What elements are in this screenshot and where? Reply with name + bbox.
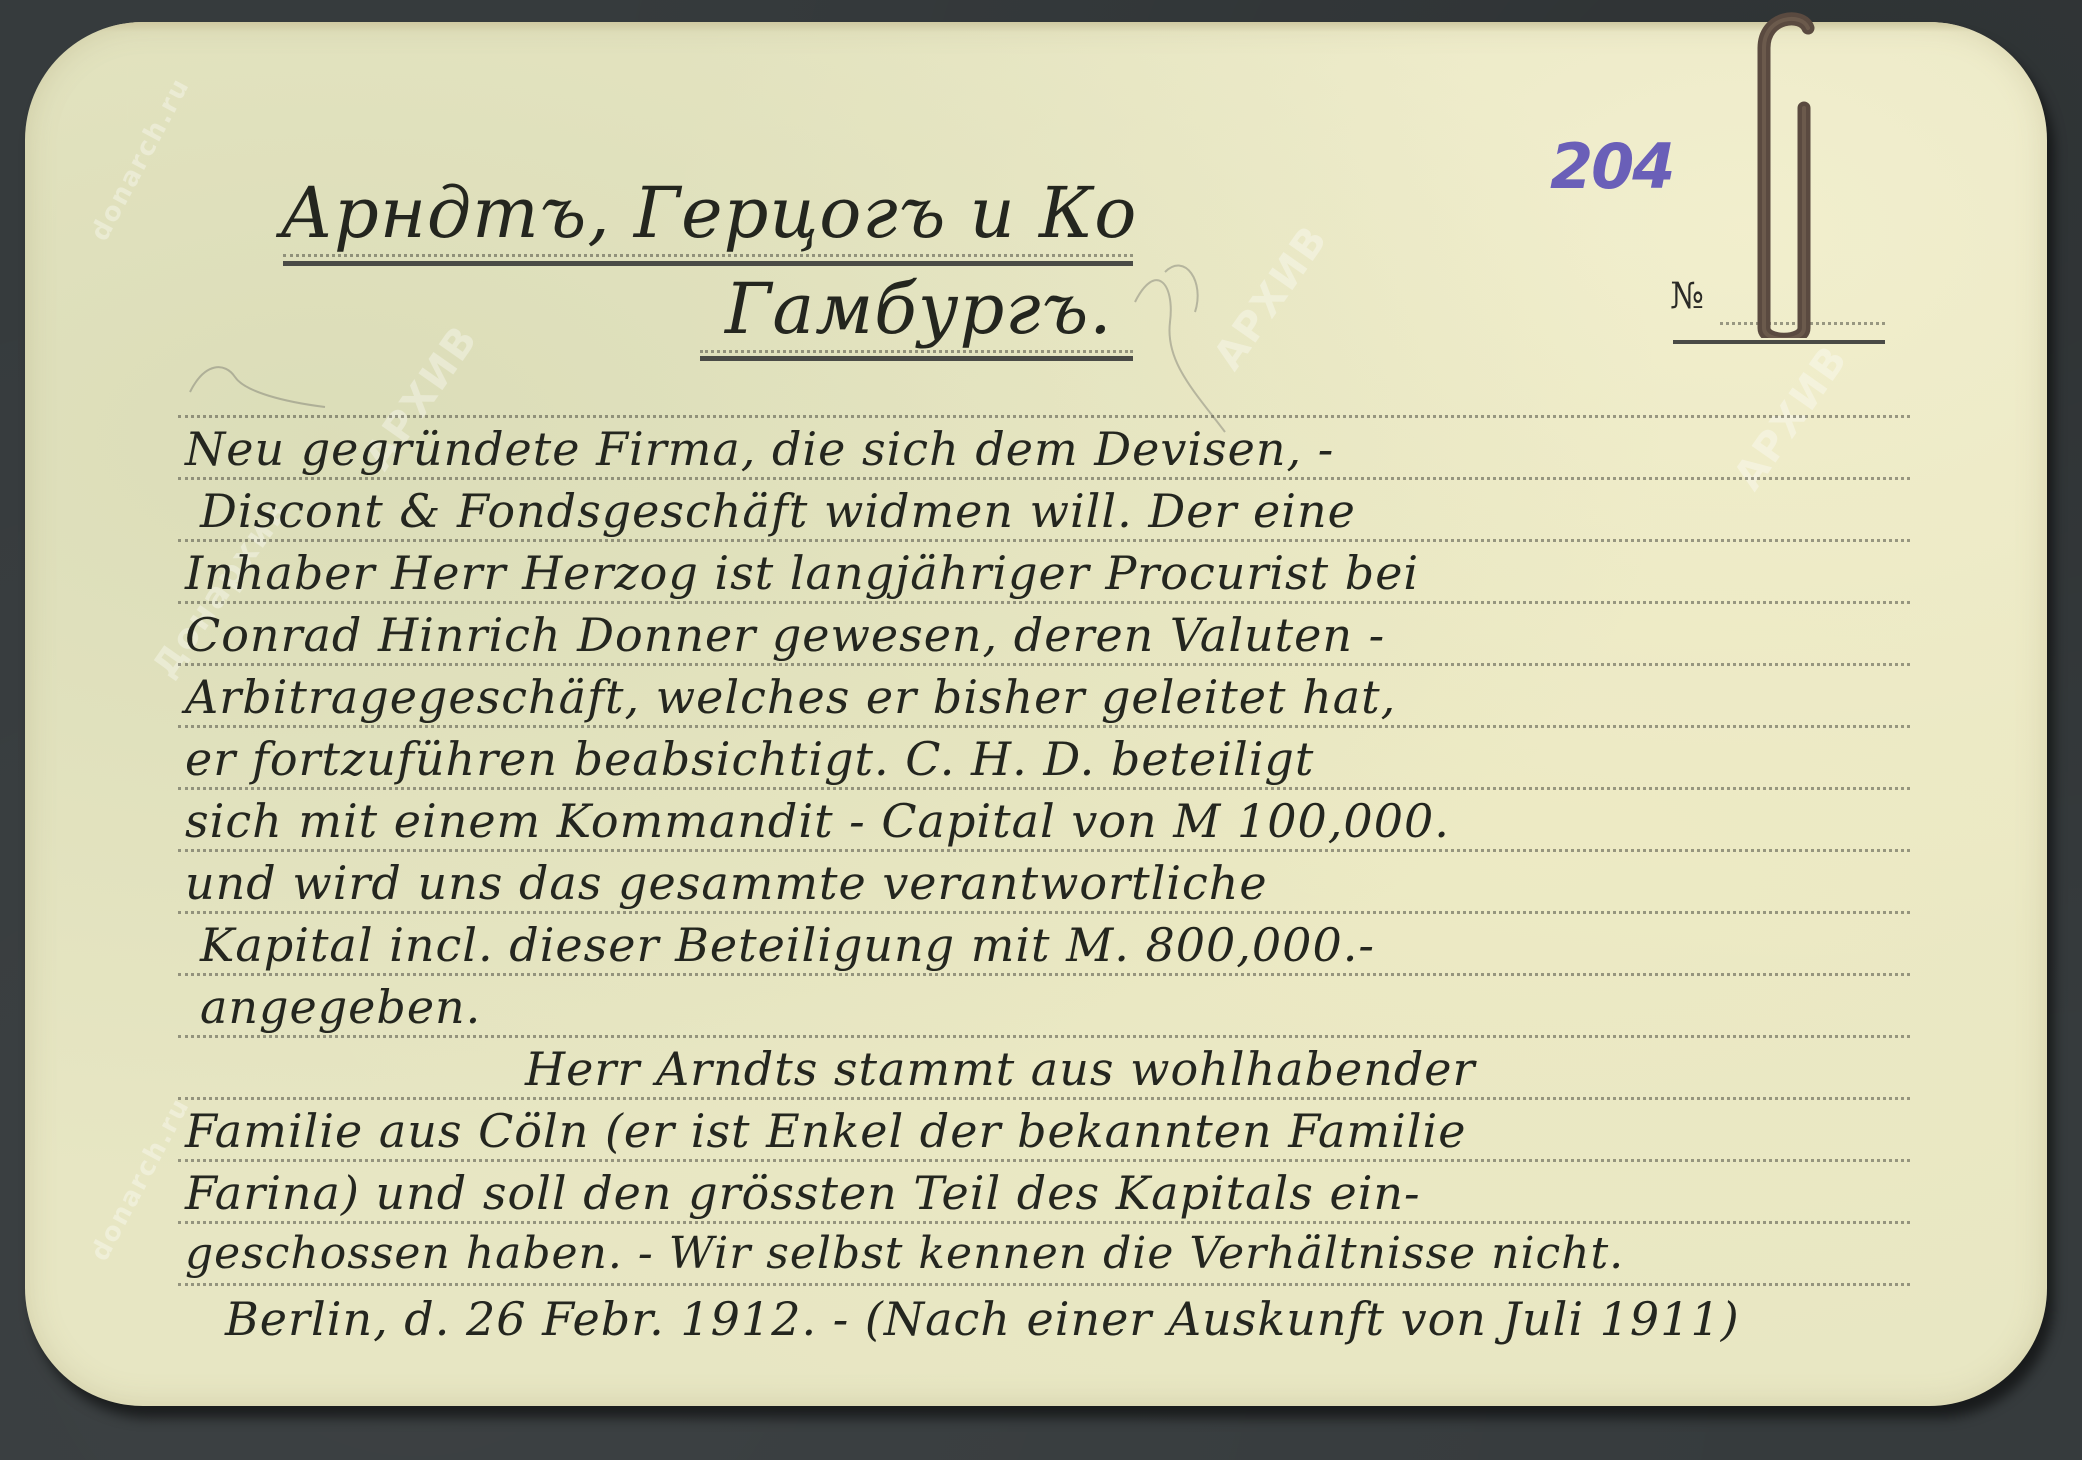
ruled-line [178, 725, 1910, 728]
ruled-line [178, 1221, 1910, 1224]
watermark: donarch.ru [85, 1093, 196, 1266]
ruled-line [178, 1283, 1910, 1286]
body-line: Inhaber Herr Herzog ist langjähriger Pro… [185, 546, 1419, 600]
ruled-line [178, 1035, 1910, 1038]
header-underline-2 [700, 356, 1133, 361]
body-line: Discont & Fondsgeschäft widmen will. Der… [200, 484, 1356, 538]
ruled-line [178, 415, 1910, 418]
ruled-line [178, 787, 1910, 790]
header-firm-name: Арндтъ, Герцогъ и Ко [280, 172, 1137, 254]
watermark: donarch.ru [85, 73, 196, 246]
body-line: sich mit einem Kommandit - Capital von M… [185, 794, 1450, 848]
header-underline-1 [283, 261, 1133, 266]
pencil-scribble [185, 352, 385, 422]
number-underline [1673, 340, 1885, 344]
ruled-line [178, 911, 1910, 914]
body-line: Arbitragegeschäft, welches er bisher gel… [185, 670, 1396, 724]
ruled-line [178, 663, 1910, 666]
body-line: Farina) und soll den grössten Teil des K… [185, 1166, 1421, 1220]
body-line: angegeben. [200, 980, 481, 1034]
body-line: Neu gegründete Firma, die sich dem Devis… [185, 422, 1334, 476]
number-label: № [1670, 276, 1704, 317]
body-line: Herr Arndts stammt aus wohlhabender [525, 1042, 1476, 1096]
body-line: Conrad Hinrich Donner gewesen, deren Val… [185, 608, 1385, 662]
body-line: geschossen haben. - Wir selbst kennen di… [185, 1228, 1624, 1279]
ruled-line [178, 477, 1910, 480]
header-dotted-rule-1 [283, 254, 1133, 257]
ruled-line [178, 973, 1910, 976]
header-dotted-rule-2 [700, 350, 1133, 353]
ruled-line [178, 1159, 1910, 1162]
body-line: Kapital incl. dieser Beteiligung mit M. … [200, 918, 1375, 972]
body-line: und wird uns das gesammte verantwortlich… [185, 856, 1268, 910]
pencil-scribble [1125, 242, 1285, 442]
ruled-line [178, 849, 1910, 852]
ruled-line [178, 1097, 1910, 1100]
body-line: Familie aus Cöln (er ist Enkel der bekan… [185, 1104, 1466, 1158]
reference-number: 204 [1550, 130, 1673, 203]
footer-date-source: Berlin, d. 26 Febr. 1912. - (Nach einer … [225, 1292, 1740, 1346]
ruled-line [178, 601, 1910, 604]
body-line: er fortzuführen beabsichtigt. C. H. D. b… [185, 732, 1314, 786]
watermark: АРХИВ [1205, 217, 1337, 379]
paperclip-icon [1742, 8, 1822, 338]
header-city: Гамбургъ. [725, 268, 1113, 350]
ruled-line [178, 539, 1910, 542]
